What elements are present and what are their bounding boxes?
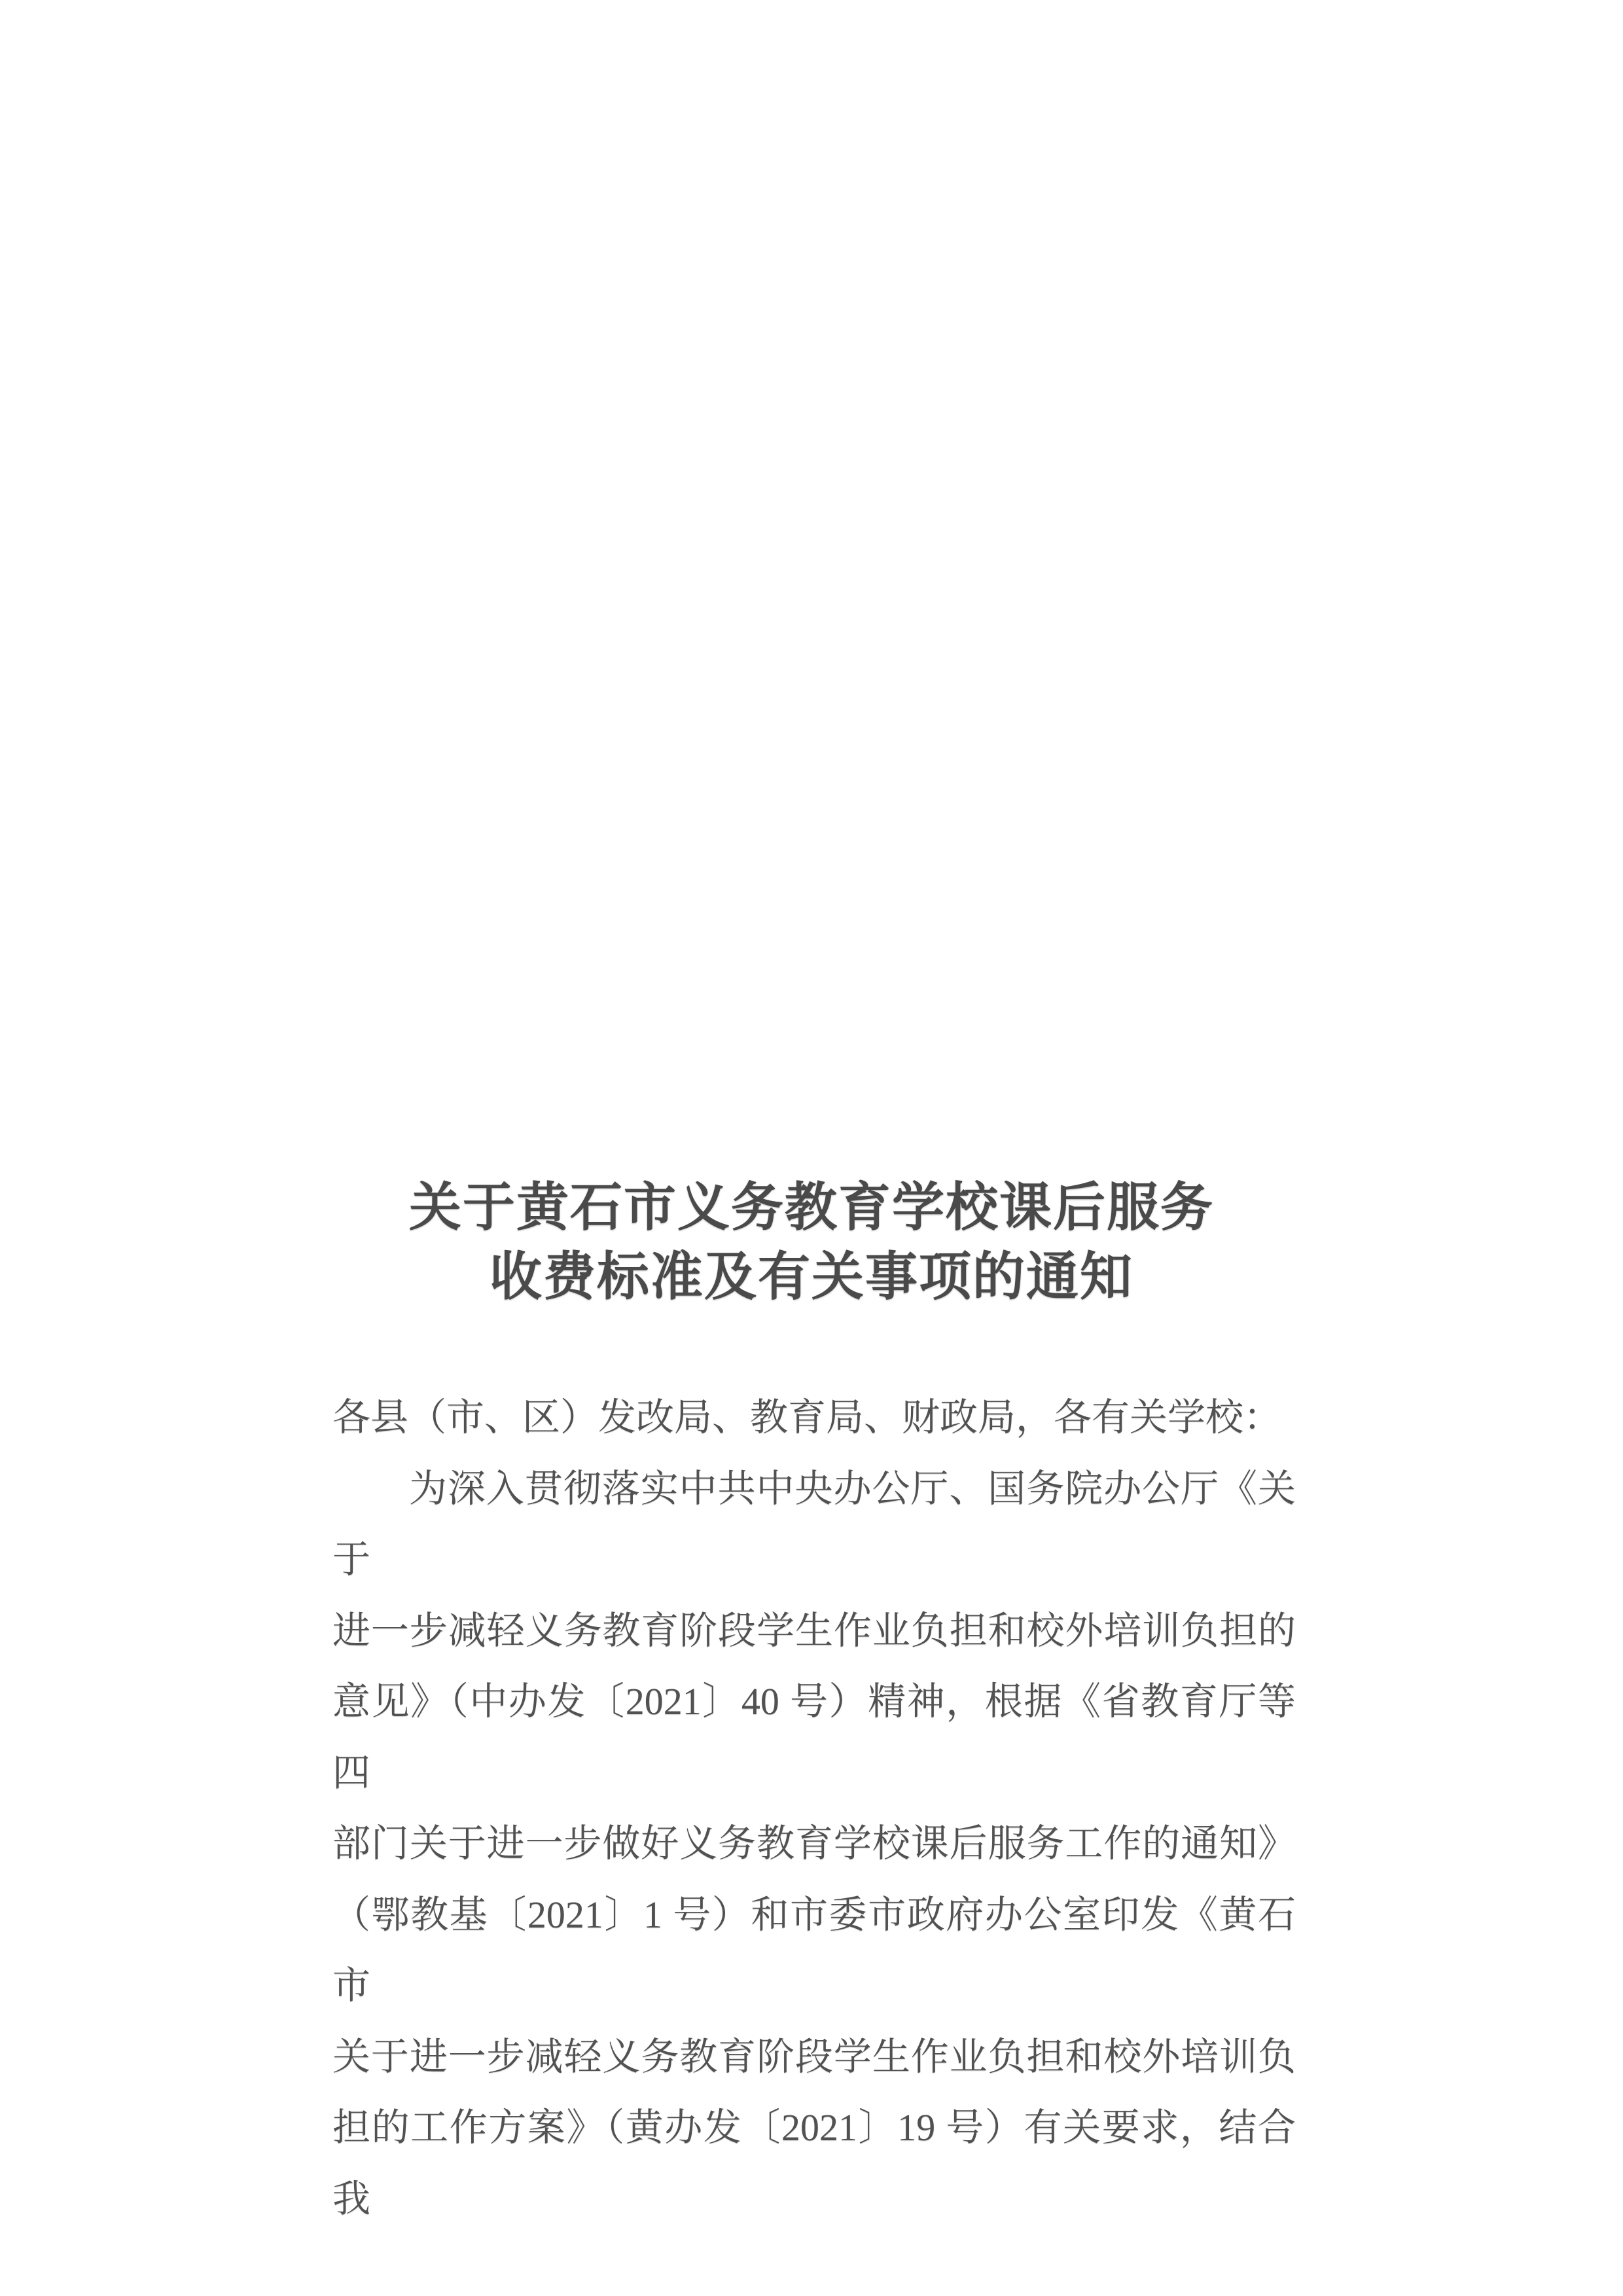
document-body: 各县（市、区）发改局、教育局、财政局，各有关学校： 为深入贯彻落实中共中央办公厅… [332,1382,1296,2234]
title-line-1: 关于黄石市义务教育学校课后服务 [0,1174,1623,1243]
paragraph-line: 关于进一步减轻义务教育阶段学生作业负担和校外培训负 [332,2022,1296,2093]
document-page: 关于黄石市义务教育学校课后服务 收费标准及有关事项的通知 各县（市、区）发改局、… [0,0,1623,2296]
document-title: 关于黄石市义务教育学校课后服务 收费标准及有关事项的通知 [0,1174,1623,1312]
paragraph-line: 进一步减轻义务教育阶段学生作业负担和校外培训负担的 [332,1596,1296,1667]
paragraph-line: 为深入贯彻落实中共中央办公厅、国务院办公厅《关于 [332,1454,1296,1596]
paragraph-line: （鄂教基〔2021〕1 号）和市委市政府办公室印发《黄石市 [332,1880,1296,2022]
paragraph-line: 意见》（中办发〔2021〕40 号）精神，根据《省教育厅等四 [332,1666,1296,1808]
paragraph-line: 部门关于进一步做好义务教育学校课后服务工作的通知》 [332,1808,1296,1880]
salutation-line: 各县（市、区）发改局、教育局、财政局，各有关学校： [332,1382,1296,1454]
paragraph-line: 担的工作方案》（黄办发〔2021〕19 号）有关要求，结合我 [332,2092,1296,2234]
title-line-2: 收费标准及有关事项的通知 [0,1243,1623,1312]
